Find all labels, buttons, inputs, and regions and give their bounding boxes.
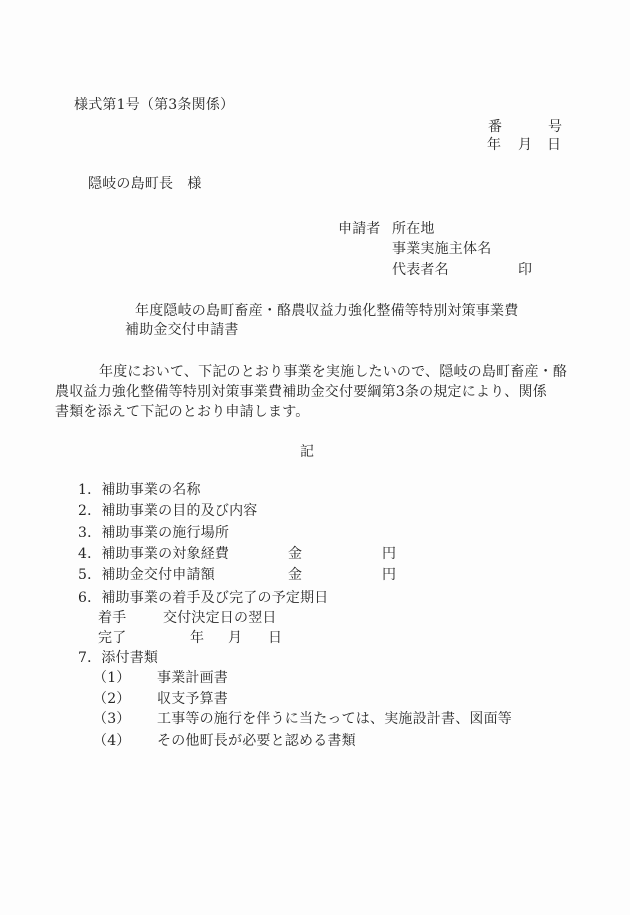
list-item-3: 3．補助事業の施行場所 [78, 526, 229, 540]
list-item-3-number: 3． [78, 526, 101, 540]
schedule-end-label: 完了 [98, 631, 126, 645]
schedule-end-year-label: 年 [190, 631, 204, 645]
item-5-amount-unit: 円 [382, 568, 396, 582]
list-item-3-label: 補助事業の施行場所 [101, 526, 229, 540]
body-paragraph-line2: 農収益力強化整備等特別対策事業費補助金交付要綱第3条の規定により、関係 [55, 385, 547, 399]
schedule-end-day-label: 日 [268, 631, 282, 645]
body-paragraph-line3: 書類を添えて下記のとおり申請します。 [55, 405, 309, 419]
list-item-7: 7．添付書類 [78, 651, 158, 665]
attachment-3-label: 工事等の施行を伴うに当たっては、実施設計書、図面等 [157, 712, 512, 726]
attachment-2-number: （2） [93, 692, 131, 706]
list-item-6-label: 補助事業の着手及び完了の予定期日 [101, 591, 328, 605]
applicant-representative-label: 代表者名 [392, 263, 449, 277]
list-item-4-number: 4． [78, 547, 101, 561]
schedule-start-value: 交付決定日の翌日 [163, 611, 277, 625]
schedule-end-month-label: 月 [228, 631, 242, 645]
item-4-amount-unit: 円 [382, 547, 396, 561]
list-item-7-number: 7． [78, 651, 101, 665]
list-item-1-number: 1． [78, 483, 101, 497]
attachment-1-label: 事業計画書 [157, 671, 228, 685]
item-4-amount-prefix: 金 [288, 547, 302, 561]
application-form-page: 様式第1号（第3条関係） 番 号 年 月 日 隠岐の島町長 様 申請者 所在地 … [0, 0, 630, 915]
list-item-6-number: 6． [78, 591, 101, 605]
date-day-label: 日 [547, 138, 561, 152]
attachment-2-label: 収支予算書 [157, 692, 228, 706]
list-item-1: 1．補助事業の名称 [78, 483, 201, 497]
doc-title-line2: 補助金交付申請書 [125, 323, 239, 337]
list-item-7-label: 添付書類 [101, 651, 158, 665]
list-item-4-label: 補助事業の対象経費 [101, 547, 229, 561]
attachment-1-number: （1） [93, 671, 131, 685]
attachment-4-number: （4） [93, 734, 131, 748]
applicant-entity-label: 事業実施主体名 [392, 242, 491, 256]
seal-mark: 印 [518, 263, 532, 277]
applicant-address-label: 所在地 [392, 222, 435, 236]
list-item-5: 5．補助金交付申請額 [78, 568, 215, 582]
date-year-label: 年 [487, 138, 501, 152]
applicant-label: 申請者 [338, 222, 381, 236]
addressee-line: 隠岐の島町長 様 [88, 177, 202, 191]
list-item-1-label: 補助事業の名称 [101, 483, 200, 497]
list-item-2-number: 2． [78, 504, 101, 518]
list-item-2: 2．補助事業の目的及び内容 [78, 504, 258, 518]
attachment-3-number: （3） [93, 712, 131, 726]
doc-number-label-go: 号 [548, 120, 562, 134]
doc-number-label-ban: 番 [488, 120, 502, 134]
attachment-4-label: その他町長が必要と認める書類 [157, 734, 356, 748]
body-paragraph-line1: 年度において、下記のとおり事業を実施したいので、隠岐の島町畜産・酪 [99, 365, 567, 379]
list-item-5-label: 補助金交付申請額 [101, 568, 215, 582]
list-item-4: 4．補助事業の対象経費 [78, 547, 229, 561]
record-mark: 記 [300, 445, 314, 459]
item-5-amount-prefix: 金 [288, 568, 302, 582]
list-item-6: 6．補助事業の着手及び完了の予定期日 [78, 591, 329, 605]
list-item-5-number: 5． [78, 568, 101, 582]
schedule-start-label: 着手 [98, 611, 126, 625]
list-item-2-label: 補助事業の目的及び内容 [101, 504, 257, 518]
form-number-label: 様式第1号（第3条関係） [74, 98, 234, 112]
doc-title-line1: 年度隠岐の島町畜産・酪農収益力強化整備等特別対策事業費 [135, 304, 518, 318]
date-month-label: 月 [518, 138, 532, 152]
